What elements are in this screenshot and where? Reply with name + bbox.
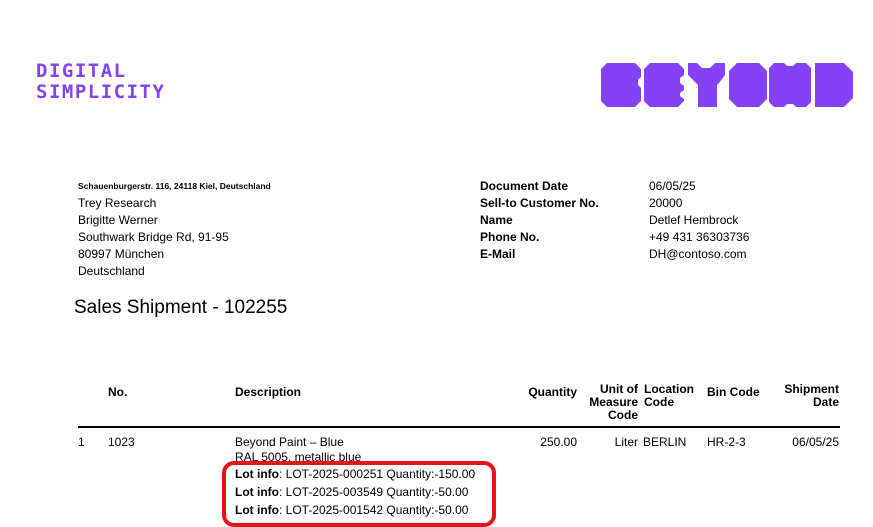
info-value: +49 431 36303736	[649, 229, 749, 246]
info-value: DH@contoso.com	[649, 246, 747, 263]
recipient-line: Brigitte Werner	[78, 212, 229, 229]
tagline-line-2: SIMPLICITY	[36, 82, 165, 103]
recipient-line: 80997 München	[78, 246, 229, 263]
info-row-phone: Phone No. +49 431 36303736	[480, 229, 749, 246]
cell-item-no: 1023	[108, 435, 135, 449]
column-header-location-code: Location Code	[644, 383, 694, 409]
column-header-unit-of-measure: Unit of Measure Code	[580, 383, 638, 422]
info-label: E-Mail	[480, 246, 649, 263]
tagline-line-1: DIGITAL	[36, 61, 165, 82]
lot-info-highlight-box	[222, 461, 496, 527]
column-header-description: Description	[235, 386, 301, 399]
info-value: Detlef Hembrock	[649, 212, 738, 229]
info-row-email: E-Mail DH@contoso.com	[480, 246, 749, 263]
cell-description: Beyond Paint – Blue	[235, 435, 344, 449]
column-header-shipment-date: Shipment Date	[770, 383, 839, 409]
header-text: Date	[770, 396, 839, 409]
column-header-no: No.	[108, 386, 127, 399]
recipient-line: Southwark Bridge Rd, 91-95	[78, 229, 229, 246]
recipient-address: Trey Research Brigitte Werner Southwark …	[78, 195, 229, 280]
beyond-logo-icon	[601, 63, 855, 107]
info-value: 06/05/25	[649, 178, 696, 195]
document-title: Sales Shipment - 102255	[74, 297, 287, 319]
info-row-customer-no: Sell-to Customer No. 20000	[480, 195, 749, 212]
info-label: Phone No.	[480, 229, 649, 246]
cell-shipment-date: 06/05/25	[760, 435, 839, 449]
header-text: Code	[644, 396, 694, 409]
document-header-info: Document Date 06/05/25 Sell-to Customer …	[480, 178, 749, 263]
recipient-line: Deutschland	[78, 263, 229, 280]
info-row-name: Name Detlef Hembrock	[480, 212, 749, 229]
info-label: Document Date	[480, 178, 649, 195]
cell-line-number: 1	[78, 435, 85, 449]
cell-unit-of-measure: Liter	[580, 435, 638, 449]
cell-location-code: BERLIN	[643, 435, 686, 449]
header-text: Code	[580, 409, 638, 422]
cell-quantity: 250.00	[500, 435, 577, 449]
table-header-divider	[78, 426, 840, 428]
tagline-logo: DIGITAL SIMPLICITY	[36, 61, 165, 103]
column-header-bin-code: Bin Code	[707, 386, 760, 399]
info-label: Name	[480, 212, 649, 229]
info-label: Sell-to Customer No.	[480, 195, 649, 212]
column-header-quantity: Quantity	[510, 386, 577, 399]
cell-bin-code: HR-2-3	[707, 435, 746, 449]
info-value: 20000	[649, 195, 682, 212]
sender-address-line: Schauenburgerstr. 116, 24118 Kiel, Deuts…	[78, 181, 271, 191]
recipient-line: Trey Research	[78, 195, 229, 212]
info-row-document-date: Document Date 06/05/25	[480, 178, 749, 195]
